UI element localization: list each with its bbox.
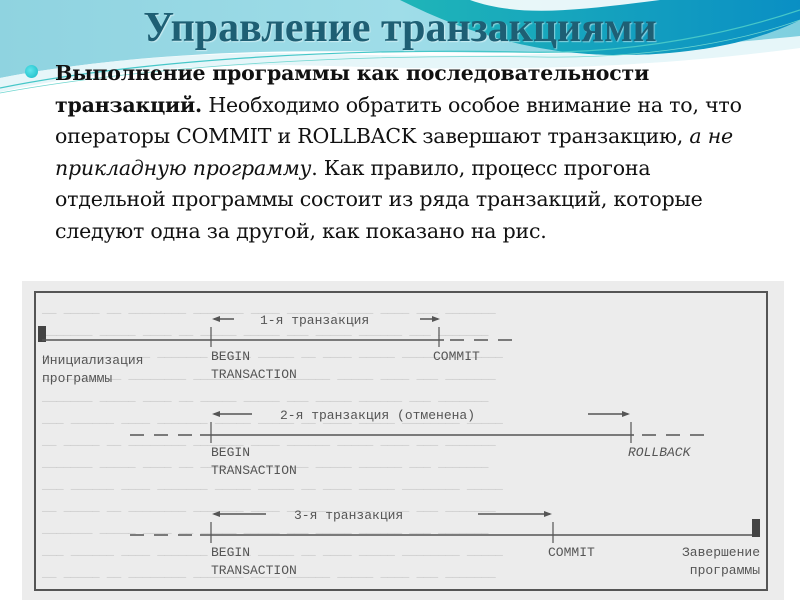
transaction-2-label: 2-я транзакция (отменена) bbox=[280, 408, 475, 423]
transaction-3-end: COMMIT bbox=[548, 545, 595, 560]
transaction-3-begin-line-1: BEGIN bbox=[211, 545, 250, 560]
slide-paragraph: Выполнение программы как последовательно… bbox=[55, 58, 755, 247]
transaction-2-begin-line-2: TRANSACTION bbox=[211, 463, 297, 478]
slide-title: Управление транзакциями bbox=[0, 4, 800, 52]
program-end-marker-icon bbox=[752, 519, 760, 537]
transaction-1-begin-line-2: TRANSACTION bbox=[211, 367, 297, 382]
start-label-line-2: программы bbox=[42, 371, 112, 386]
transaction-1-label: 1-я транзакция bbox=[260, 313, 369, 328]
transaction-1-end: COMMIT bbox=[433, 349, 480, 364]
transaction-row-3: 3-я транзакция BEGIN TRANSACTION COMMIT … bbox=[130, 508, 760, 578]
end-label-line-2: программы bbox=[690, 563, 760, 578]
transaction-3-begin-line-2: TRANSACTION bbox=[211, 563, 297, 578]
transaction-row-1: 1-я транзакция Инициализация программы B… bbox=[38, 313, 512, 386]
transaction-row-2: 2-я транзакция (отменена) BEGIN TRANSACT… bbox=[130, 408, 704, 478]
transaction-1-begin-line-1: BEGIN bbox=[211, 349, 250, 364]
transaction-3-label: 3-я транзакция bbox=[294, 508, 403, 523]
transaction-2-begin-line-1: BEGIN bbox=[211, 445, 250, 460]
start-label-line-1: Инициализация bbox=[42, 353, 143, 368]
transaction-sequence-figure: ─── ────── ──── ─────── ───── ───── ── ─… bbox=[22, 281, 784, 600]
bullet-dot-icon bbox=[25, 65, 38, 78]
transaction-2-end: ROLLBACK bbox=[628, 445, 692, 460]
end-label-line-1: Завершение bbox=[682, 545, 760, 560]
